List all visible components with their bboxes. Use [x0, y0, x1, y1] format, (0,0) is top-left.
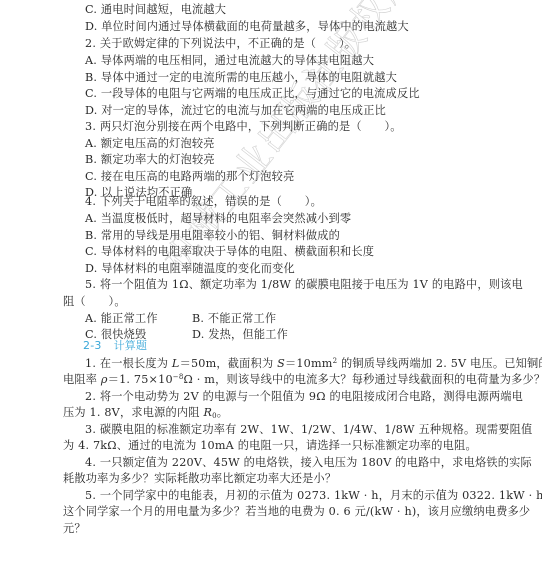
section-title: 计算题 [114, 339, 148, 352]
q2-option-c: C. 一段导体的电阻与它两端的电压成正比，与通过它的电流成反比 [85, 86, 420, 102]
var-R: R [203, 406, 212, 419]
exponent: −8 [173, 373, 184, 381]
var-S: S [277, 357, 285, 370]
q5-option-b: B. 不能正常工作 [192, 311, 276, 327]
calc-4-line1: 4. 一只额定值为 220V、45W 的电烙铁，接入电压为 180V 的电路中，… [85, 455, 532, 471]
text: 的铜质导线两端加 2. 5V 电压。已知铜的 [337, 357, 542, 370]
calc-5-line3: 元？ [63, 521, 86, 537]
q4-option-d: D. 导体材料的电阻率随温度的变化而变化 [85, 261, 295, 277]
calc-3-line1: 3. 碳膜电阻的标准额定功率有 2W、1W、1/2W、1/4W、1/8W 五种规… [85, 422, 532, 438]
calc-1-line1: 1. 在一根长度为 L＝50m，截面积为 S＝10mm2 的铜质导线两端加 2.… [85, 356, 542, 372]
q3-option-c: C. 接在电压高的电路两端的那个灯泡较亮 [85, 169, 294, 185]
q5-stem-line2: 阻（ ）。 [63, 294, 126, 310]
calc-5-line2: 这个同学家一个月的用电量为多少？若当地的电费为 0. 6 元/(kW · h)，… [63, 504, 530, 520]
text: 电阻率 [63, 373, 101, 386]
text: ＝50m，截面积为 [180, 357, 278, 370]
var-rho: ρ [101, 373, 108, 386]
q4-option-b: B. 常用的导线是用电阻率较小的铝、铜材料做成的 [85, 228, 340, 244]
q5-options-row1: A. 能正常工作 B. 不能正常工作 [85, 311, 385, 327]
text: 1. 在一根长度为 [85, 357, 172, 370]
q3-option-a: A. 额定电压高的灯泡较亮 [85, 136, 215, 152]
q2-option-b: B. 导体中通过一定的电流所需的电压越小，导体的电阻就越大 [85, 70, 397, 86]
q3-option-b: B. 额定功率大的灯泡较亮 [85, 152, 215, 168]
calc-2-line1: 2. 将一个电动势为 2V 的电源与一个阻值为 9Ω 的电阻接成闭合电路，测得电… [85, 389, 523, 405]
text: ＝10mm [285, 357, 333, 370]
text: Ω · m，则该导线中的电流多大？每秒通过导线截面积的电荷量为多少？ [184, 373, 542, 386]
q5-option-d: D. 发热，但能工作 [192, 327, 288, 343]
q4-stem: 4. 下列关于电阻率的叙述，错误的是（ ）。 [85, 194, 322, 210]
calc-1-line2: 电阻率 ρ＝1. 75×10−8Ω · m，则该导线中的电流多大？每秒通过导线截… [63, 372, 542, 388]
text: 。 [217, 406, 228, 419]
q2-stem: 2. 关于欧姆定律的下列说法中，不正确的是（ ）。 [85, 36, 356, 52]
var-L: L [172, 357, 180, 370]
q4-option-a: A. 当温度极低时，超导材料的电阻率会突然减小到零 [85, 211, 351, 227]
q1-option-d: D. 单位时间内通过导体横截面的电荷量越多，导体中的电流越大 [85, 19, 409, 35]
text: 压为 1. 8V，求电源的内阻 [63, 406, 203, 419]
calc-5-line1: 5. 一个同学家中的电能表，月初的示值为 0273. 1kW · h，月末的示值… [85, 488, 542, 504]
q5-option-a: A. 能正常工作 [85, 312, 158, 325]
q1-option-c: C. 通电时间越短，电流越大 [85, 2, 226, 18]
q2-option-a: A. 导体两端的电压相同，通过电流越大的导体其电阻越大 [85, 53, 374, 69]
calc-2-line2: 压为 1. 8V，求电源的内阻 R0。 [63, 405, 228, 421]
q4-option-c: C. 导体材料的电阻率取决于导体的电阻、横截面积和长度 [85, 244, 374, 260]
calc-3-line2: 为 4. 7kΩ、通过的电流为 10mA 的电阻一只，请选择一只标准额定功率的电… [63, 438, 477, 454]
q3-stem: 3. 两只灯泡分别接在两个电路中，下列判断正确的是（ ）。 [85, 119, 402, 135]
text: ＝1. 75×10 [108, 373, 173, 386]
q2-option-d: D. 对一定的导体，流过它的电流与加在它两端的电压成正比 [85, 103, 386, 119]
section-heading: 2-3计算题 [83, 338, 147, 354]
section-number: 2-3 [83, 339, 102, 352]
q5-stem-line1: 5. 将一个阻值为 1Ω、额定功率为 1/8W 的碳膜电阻接于电压为 1V 的电… [85, 277, 523, 293]
textbook-page: C. 通电时间越短，电流越大 D. 单位时间内通过导体横截面的电荷量越多，导体中… [0, 0, 542, 565]
calc-4-line2: 耗散功率为多少？实际耗散功率比额定功率大还是小？ [63, 471, 336, 487]
